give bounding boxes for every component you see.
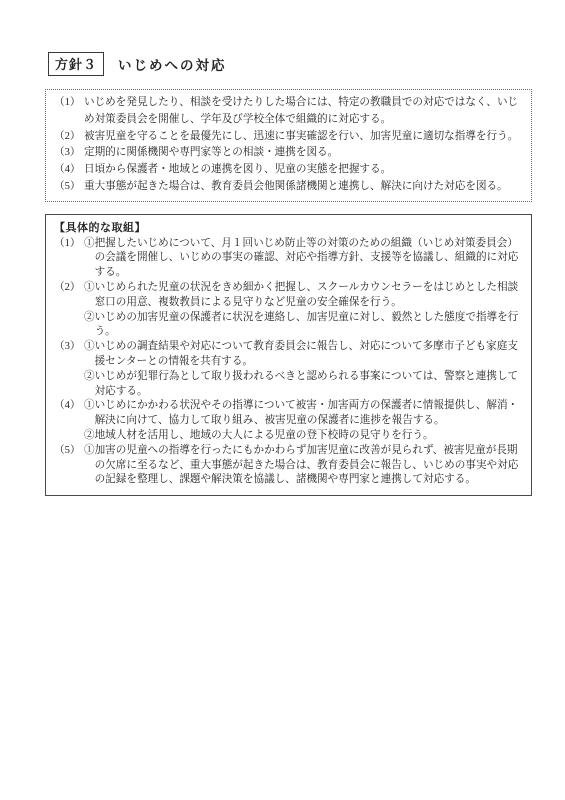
sub-item: ①把握したいじめについて、月１回いじめ防止等の対策のための組織（いじめ対策委員会… — [84, 237, 525, 281]
list-item: （2） ①いじめられた児童の状況をきめ細かく把握し、スクールカウンセラーをはじめ… — [54, 281, 525, 340]
policy-number-box: 方針３ — [48, 52, 104, 76]
item-text: 重大事態が起きた場合は、教育委員会他関係諸機関と連携し、解決に向けた対応を図る。 — [84, 179, 525, 196]
item-text: 定期的に関係機関や専門家等との相談・連携を図る。 — [84, 145, 525, 162]
sub-item: ②いじめの加害児童の保護者に状況を連絡し、加害児童に対し、毅然とした態度で指導を… — [84, 311, 525, 341]
page-content: 方針３ いじめへの対応 （1） いじめを発見したり、相談を受けたりした場合には、… — [45, 52, 532, 496]
item-text: いじめを発見したり、相談を受けたりした場合には、特定の教職員での対応ではなく、い… — [84, 95, 525, 129]
list-item: （4） ①いじめにかかわる状況やその指導について被害・加害両方の保護者に情報提供… — [54, 399, 525, 443]
sub-item: ②いじめが犯罪行為として取り扱われるべきと認められる事案については、警察と連携し… — [84, 370, 525, 400]
list-item: （5） 重大事態が起きた場合は、教育委員会他関係諸機関と連携し、解決に向けた対応… — [54, 179, 525, 196]
item-body: ①加害の児童への指導を行ったにもかかわらず加害児童に改善が見られず、被害児童が長… — [84, 444, 525, 488]
policy-summary-box: （1） いじめを発見したり、相談を受けたりした場合には、特定の教職員での対応では… — [45, 89, 532, 202]
list-item: （4） 日頃から保護者・地域との連携を図り、児童の実態を把握する。 — [54, 162, 525, 179]
sub-item: ①いじめの調査結果や対応について教育委員会に報告し、対応について多摩市子ども家庭… — [84, 340, 525, 370]
item-marker: （2） — [54, 129, 84, 146]
item-marker: （5） — [54, 179, 84, 196]
item-body: ①いじめられた児童の状況をきめ細かく把握し、スクールカウンセラーをはじめとした相… — [84, 281, 525, 340]
list-item: （3） 定期的に関係機関や専門家等との相談・連携を図る。 — [54, 145, 525, 162]
sub-item: ①いじめにかかわる状況やその指導について被害・加害両方の保護者に情報提供し、解消… — [84, 399, 525, 429]
initiatives-heading: 【具体的な取組】 — [54, 221, 525, 236]
page-title: いじめへの対応 — [118, 54, 227, 74]
sub-item: ①いじめられた児童の状況をきめ細かく把握し、スクールカウンセラーをはじめとした相… — [84, 281, 525, 311]
item-body: ①いじめにかかわる状況やその指導について被害・加害両方の保護者に情報提供し、解消… — [84, 399, 525, 443]
list-item: （3） ①いじめの調査結果や対応について教育委員会に報告し、対応について多摩市子… — [54, 340, 525, 399]
sub-item: ①加害の児童への指導を行ったにもかかわらず加害児童に改善が見られず、被害児童が長… — [84, 444, 525, 488]
item-marker: （1） — [54, 95, 84, 112]
initiatives-box: 【具体的な取組】 （1） ①把握したいじめについて、月１回いじめ防止等の対策のた… — [45, 214, 532, 496]
document-page: { "page": { "title_box_label": "方針３", "t… — [0, 0, 565, 800]
item-marker: （3） — [54, 145, 84, 162]
item-text: 被害児童を守ることを最優先にし、迅速に事実確認を行い、加害児童に適切な指導を行う… — [84, 129, 525, 146]
item-marker: （4） — [54, 399, 84, 414]
item-marker: （3） — [54, 340, 84, 355]
list-item: （1） ①把握したいじめについて、月１回いじめ防止等の対策のための組織（いじめ対… — [54, 237, 525, 281]
item-marker: （5） — [54, 444, 84, 459]
item-body: ①いじめの調査結果や対応について教育委員会に報告し、対応について多摩市子ども家庭… — [84, 340, 525, 399]
item-body: ①把握したいじめについて、月１回いじめ防止等の対策のための組織（いじめ対策委員会… — [84, 237, 525, 281]
list-item: （5） ①加害の児童への指導を行ったにもかかわらず加害児童に改善が見られず、被害… — [54, 444, 525, 488]
item-marker: （4） — [54, 162, 84, 179]
item-marker: （2） — [54, 281, 84, 296]
list-item: （1） いじめを発見したり、相談を受けたりした場合には、特定の教職員での対応では… — [54, 95, 525, 129]
list-item: （2） 被害児童を守ることを最優先にし、迅速に事実確認を行い、加害児童に適切な指… — [54, 129, 525, 146]
sub-item: ②地域人材を活用し、地域の大人による児童の登下校時の見守りを行う。 — [84, 429, 525, 444]
item-text: 日頃から保護者・地域との連携を図り、児童の実態を把握する。 — [84, 162, 525, 179]
item-marker: （1） — [54, 237, 84, 252]
section-title-row: 方針３ いじめへの対応 — [48, 52, 532, 76]
